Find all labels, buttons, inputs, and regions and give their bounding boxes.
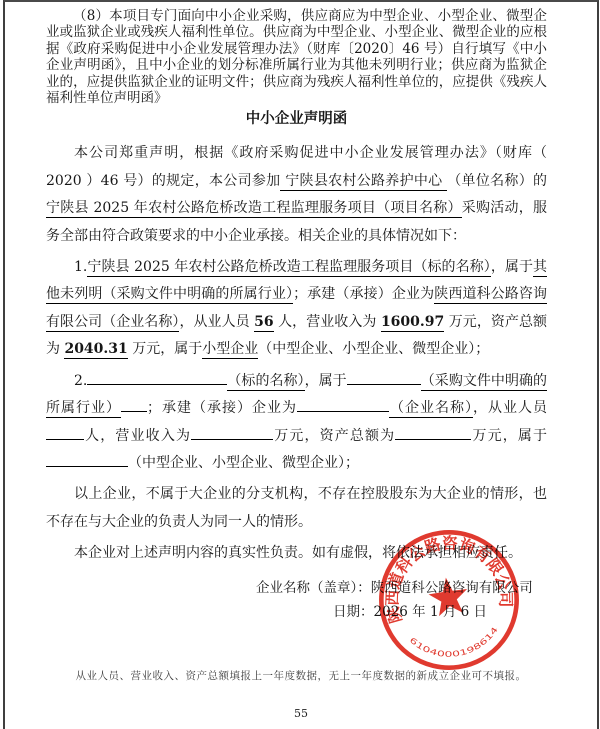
date-line: 日期：2026 年 1 月 6 日 [333, 600, 547, 624]
text-segment: ，从业人员 [179, 314, 254, 330]
declaration-paragraph: 本公司郑重声明，根据《政府采购促进中小企业发展管理办法》（财库（ 2020 ）4… [46, 140, 547, 250]
blank-field [191, 428, 273, 440]
text-segment: 2040.31 [64, 341, 127, 359]
text-segment: （中型企业、小型企业、微型企业）； [258, 341, 489, 357]
text-segment: 1600.97 [381, 314, 444, 332]
text-segment: （企业名称） [389, 400, 473, 418]
blank-field [87, 373, 227, 385]
text-segment: （标的名称） [227, 373, 304, 391]
text-segment: 万元，资产总额为 [273, 428, 395, 444]
svg-text:6104000198614: 6104000198614 [407, 623, 503, 664]
no-large-enterprise-paragraph: 以上企业，不属于大企业的分支机构，不存在控股股东为大企业的情形，也不存在与大企业… [46, 481, 547, 536]
blank-field [46, 428, 84, 440]
item-1-paragraph: 1.宁陕县 2025 年农村公路危桥改造工程监理服务项目（标的名称），属于其他未… [46, 254, 547, 364]
signature-block: 企业名称（盖章）：陕西道科公路咨询有限公司 日期：2026 年 1 月 6 日 [46, 576, 547, 624]
responsibility-paragraph: 本企业对上述声明内容的真实性负责。如有虚假，将依法承担相应责任。 [46, 540, 547, 567]
document-page: （8）本项目专门面向中小企业采购，供应商应为中型企业、小型企业、微型企业或监狱企… [3, 0, 599, 729]
text-segment: ；承建（承接）企业为 [293, 286, 434, 302]
document-content: （8）本项目专门面向中小企业采购，供应商应为中型企业、小型企业、微型企业或监狱企… [5, 2, 597, 624]
text-segment: 宁陕县 2025 年农村公路危桥改造工程监理服务项目（标的名称） [87, 259, 490, 277]
date-label: 日期： [333, 604, 374, 620]
document-title: 中小企业声明函 [46, 110, 547, 128]
text-segment: 万元，属于 [128, 341, 202, 357]
blank-field [297, 400, 389, 412]
clause-8-paragraph: （8）本项目专门面向中小企业采购，供应商应为中型企业、小型企业、微型企业或监狱企… [46, 8, 547, 106]
text-segment: 宁陕县农村公路养护中心 [280, 173, 447, 191]
text-segment: （中型企业、小型企业、微型企业）； [128, 455, 359, 471]
company-seal-label: 企业名称（盖章）： [256, 580, 371, 596]
blank-field [347, 373, 421, 385]
seal-registration-number: 6104000198614 [407, 623, 503, 664]
footnote: 从业人员、营业收入、资产总额填报上一年度数据，无上一年度数据的新成立企业可不填报… [5, 668, 597, 683]
blank-field [46, 455, 128, 467]
item-2-paragraph: 2.（标的名称），属于（采购文件中明确的所属行业）；承建（承接）企业为（企业名称… [46, 368, 547, 478]
text-segment: ，属于 [305, 373, 347, 389]
text-segment: 万元，属于 [471, 428, 547, 444]
text-segment: 1. [74, 259, 87, 275]
text-segment: 小型企业 [202, 341, 258, 359]
blank-field [121, 400, 147, 412]
text-segment: 人，营业收入为 [274, 314, 381, 330]
page-number: 55 [5, 707, 597, 720]
date-value: 2026 年 1 月 6 日 [374, 604, 488, 620]
text-segment: 2. [74, 373, 87, 389]
text-segment: ，属于 [491, 259, 533, 275]
text-segment: ；承建（承接）企业为 [147, 400, 297, 416]
text-segment: （8）本项目专门面向中小企业采购，供应商应为中型企业、小型企业、微型企业或监狱企… [46, 8, 547, 106]
text-segment: 56 [254, 314, 273, 332]
company-name-line: 企业名称（盖章）：陕西道科公路咨询有限公司 [256, 576, 547, 600]
text-segment: ，从业人员 [473, 400, 547, 416]
text-segment: 人，营业收入为 [84, 428, 191, 444]
company-name-value: 陕西道科公路咨询有限公司 [371, 580, 533, 596]
text-segment: 宁陕县 2025 年农村公路危桥改造工程监理服务项目（项目名称） [46, 200, 462, 218]
text-segment: （单位名称）的 [447, 173, 547, 189]
blank-field [395, 428, 471, 440]
